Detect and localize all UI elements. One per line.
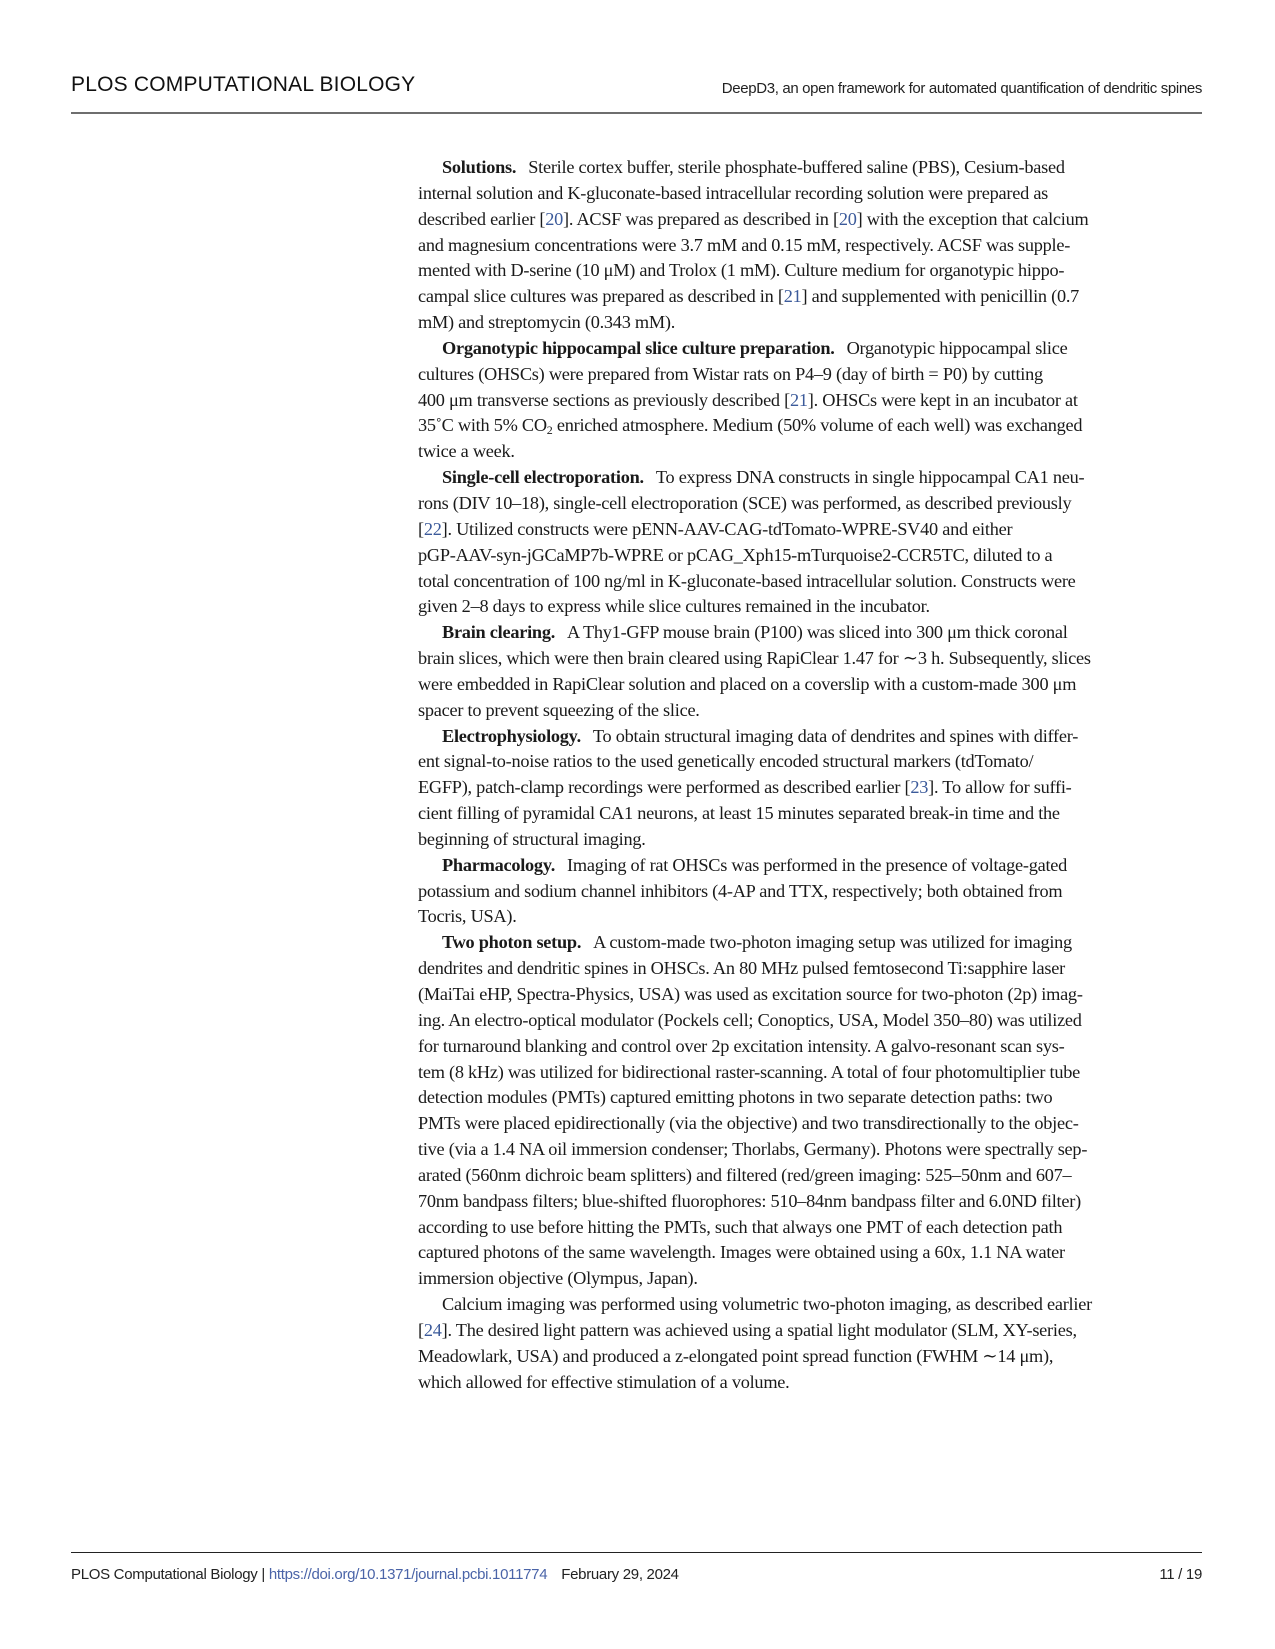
footer-journal: PLOS Computational Biology (71, 1566, 257, 1583)
section-heading-ohsc: Organotypic hippocampal slice culture pr… (442, 338, 835, 358)
running-title: DeepD3, an open framework for automated … (722, 80, 1202, 97)
citation-link[interactable]: 20 (545, 209, 563, 229)
section-heading-electrophysiology: Electrophysiology. (442, 726, 581, 746)
section-heading-two-photon: Two photon setup. (442, 932, 581, 952)
doi-link[interactable]: https://doi.org/10.1371/journal.pcbi.101… (269, 1566, 547, 1583)
footer-separator: | (257, 1566, 268, 1583)
section-heading-brain-clearing: Brain clearing. (442, 622, 555, 642)
paragraph-solutions: Solutions.Sterile cortex buffer, sterile… (418, 155, 1204, 336)
footer-divider (71, 1552, 1202, 1553)
journal-name: PLOS COMPUTATIONAL BIOLOGY (71, 73, 415, 97)
citation-link[interactable]: 21 (784, 286, 802, 306)
paragraph-single-cell-electroporation: Single-cell electroporation.To express D… (418, 465, 1204, 620)
paragraph-calcium-imaging: Calcium imaging was performed using volu… (418, 1292, 1204, 1395)
section-heading-sce: Single-cell electroporation. (442, 467, 644, 487)
paragraph-brain-clearing: Brain clearing.A Thy1-GFP mouse brain (P… (418, 620, 1204, 723)
paragraph-ohsc-preparation: Organotypic hippocampal slice culture pr… (418, 336, 1204, 465)
citation-link[interactable]: 24 (424, 1320, 442, 1340)
article-body: Solutions.Sterile cortex buffer, sterile… (418, 155, 1204, 1396)
page-number: 11 / 19 (1159, 1566, 1202, 1583)
section-heading-solutions: Solutions. (442, 157, 516, 177)
publication-date: February 29, 2024 (561, 1566, 678, 1583)
paragraph-electrophysiology: Electrophysiology.To obtain structural i… (418, 724, 1204, 853)
paragraph-pharmacology: Pharmacology.Imaging of rat OHSCs was pe… (418, 853, 1204, 931)
citation-link[interactable]: 21 (790, 390, 808, 410)
section-heading-pharmacology: Pharmacology. (442, 855, 555, 875)
paragraph-two-photon-setup: Two photon setup.A custom-made two-photo… (418, 930, 1204, 1292)
header-divider (71, 112, 1202, 114)
citation-link[interactable]: 20 (839, 209, 857, 229)
footer: PLOS Computational Biology | https://doi… (71, 1566, 679, 1583)
citation-link[interactable]: 22 (424, 519, 442, 539)
citation-link[interactable]: 23 (910, 777, 928, 797)
